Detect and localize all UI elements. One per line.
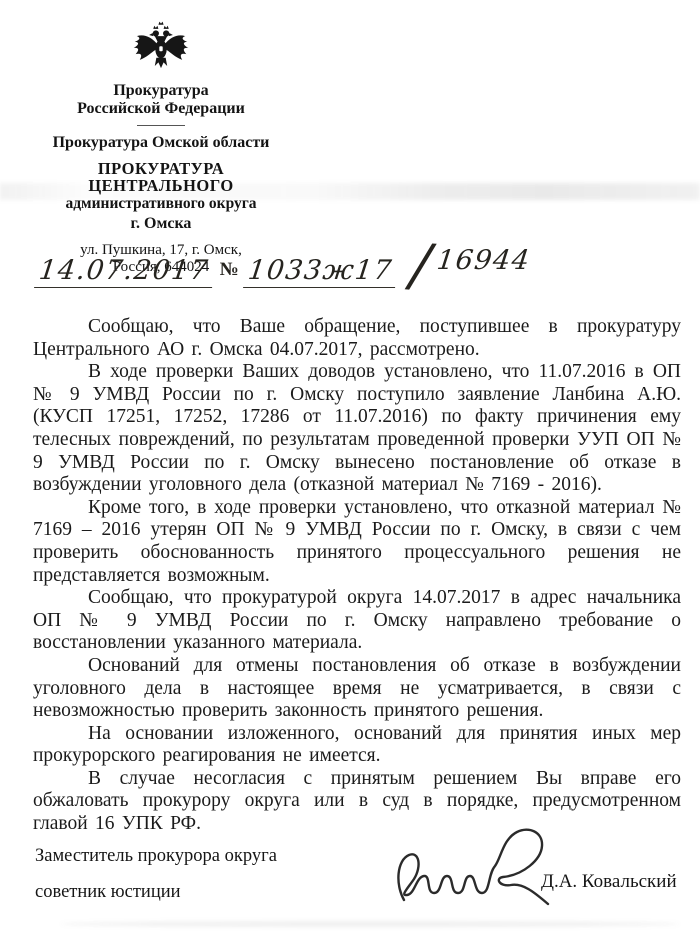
scan-artifact-bottom: [60, 921, 680, 927]
handwritten-date: 14.07.2017: [34, 256, 216, 288]
letterhead: Прокуратура Российской Федерации Прокура…: [25, 20, 297, 276]
signer-position-line2: советник юстиции: [35, 882, 181, 902]
handwritten-slash: /: [411, 264, 430, 265]
signer-position-line1: Заместитель прокурора округа: [35, 846, 277, 866]
office-name-line4: г. Омска: [25, 215, 297, 232]
letter-body: Сообщаю, что Ваше обращение, поступившее…: [33, 316, 681, 836]
office-name-line3: административного округа: [25, 196, 297, 212]
signer-name: Д.А. Ковальский: [541, 871, 677, 893]
handwritten-incoming-number: 16944: [435, 246, 532, 276]
org-name-line2: Российской Федерации: [25, 100, 297, 118]
paragraph: Сообщаю, что Ваше обращение, поступившее…: [33, 316, 681, 361]
office-name-line2: ЦЕНТРАЛЬНОГО: [25, 178, 297, 195]
coat-of-arms-icon: [130, 20, 192, 78]
handwritten-outgoing-number: 1033ж17: [243, 256, 399, 288]
paragraph: На основании изложенного, оснований для …: [33, 723, 681, 768]
org-name-line1: Прокуратура: [25, 82, 297, 100]
paragraph: В ходе проверки Ваших доводов установлен…: [33, 361, 681, 497]
registration-line: 14.07.2017 № 1033ж17 / 16944: [36, 246, 456, 298]
signature-icon: [390, 824, 552, 914]
number-sign: №: [220, 259, 239, 281]
region-office-name: Прокуратура Омской области: [25, 134, 297, 152]
paragraph: Оснований для отмены постановления об от…: [33, 655, 681, 723]
letterhead-divider: [137, 125, 185, 126]
document-page: Прокуратура Российской Федерации Прокура…: [0, 0, 700, 933]
paragraph: Кроме того, в ходе проверки установлено,…: [33, 497, 681, 587]
paragraph: Сообщаю, что прокуратурой округа 14.07.2…: [33, 587, 681, 655]
paragraph: В случае несогласия с принятым решением …: [33, 768, 681, 836]
